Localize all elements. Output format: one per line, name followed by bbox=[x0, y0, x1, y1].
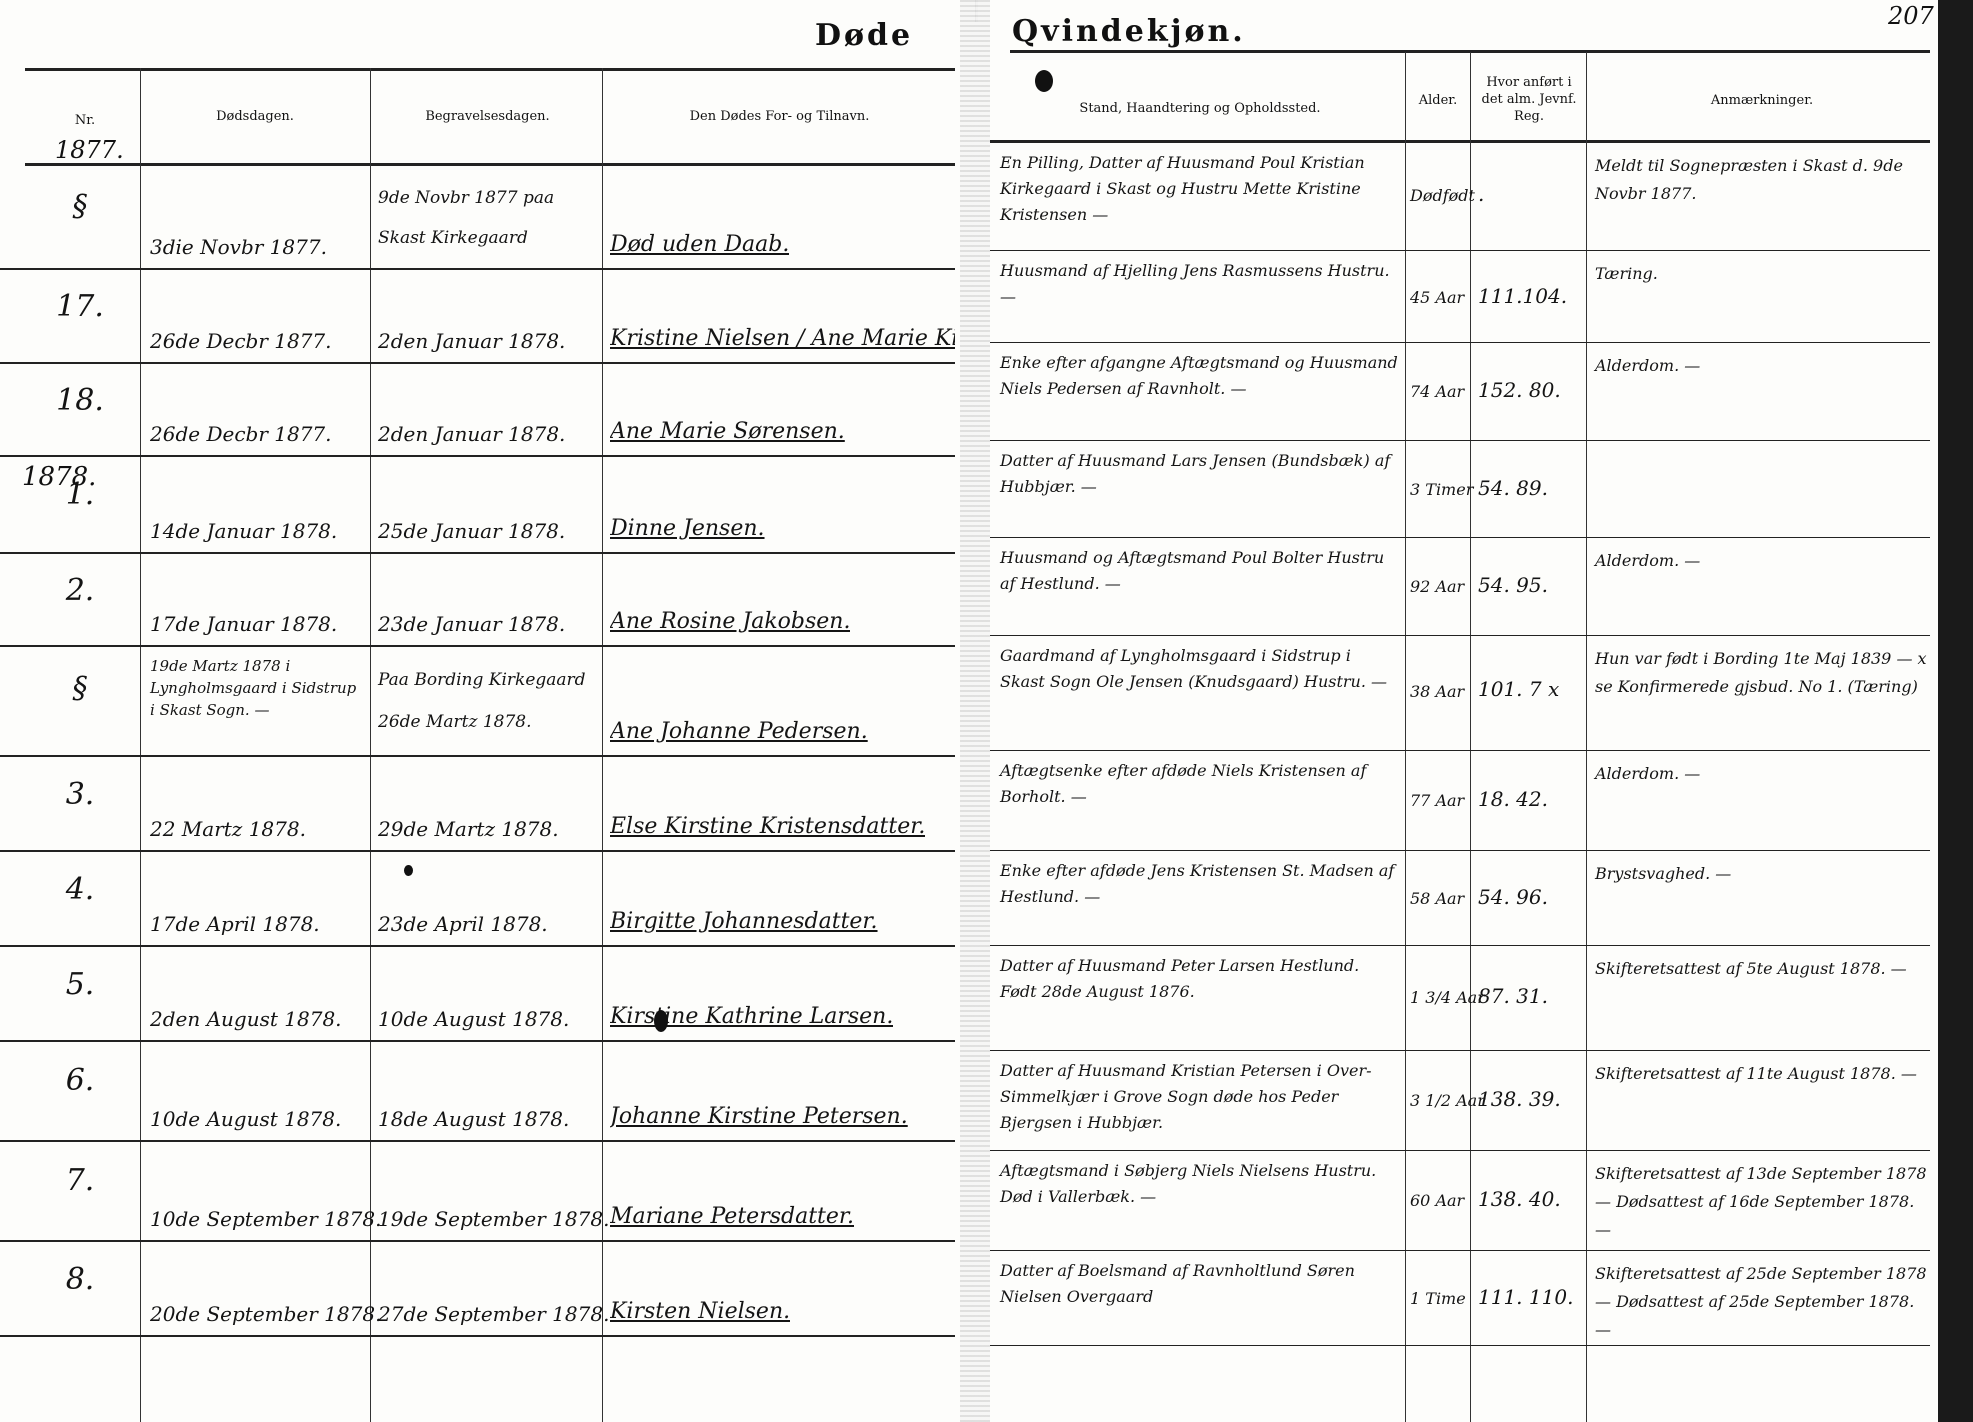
entry-number: 18. bbox=[25, 388, 135, 414]
entry-number: § bbox=[25, 194, 135, 220]
entry-number: 7. bbox=[25, 1168, 135, 1194]
burial-date: 2den Januar 1878. bbox=[378, 328, 565, 354]
burial-date: 10de August 1878. bbox=[378, 1006, 569, 1032]
age: 1 Time bbox=[1410, 1286, 1466, 1312]
row-rule-left bbox=[0, 1040, 955, 1042]
page-title-left: Døde bbox=[815, 18, 913, 53]
deceased-name: Kirsten Nielsen. bbox=[610, 1299, 790, 1325]
register-reference: 111.104. bbox=[1478, 283, 1567, 309]
row-rule-left bbox=[0, 1335, 955, 1337]
row-rule-left bbox=[0, 945, 955, 947]
book-gutter bbox=[960, 0, 990, 1422]
death-date: 10de August 1878. bbox=[150, 1106, 341, 1132]
status-occupation-residence: Datter af Huusmand Lars Jensen (Bundsbæk… bbox=[1000, 448, 1398, 500]
death-date: 17de Januar 1878. bbox=[150, 611, 337, 637]
row-rule-left bbox=[0, 850, 955, 852]
page-title-right: Qvindekjøn. bbox=[1012, 14, 1246, 49]
row-rule-left bbox=[0, 1140, 955, 1142]
row-rule-right bbox=[990, 250, 1930, 251]
death-date: 2den August 1878. bbox=[150, 1006, 342, 1032]
col-divider bbox=[1405, 52, 1406, 1422]
ink-blot bbox=[1035, 70, 1053, 92]
register-reference: 138. 40. bbox=[1478, 1186, 1561, 1212]
remarks: Alderdom. — bbox=[1595, 547, 1930, 575]
remarks: Skifteretsattest af 11te August 1878. — bbox=[1595, 1060, 1930, 1088]
col-divider bbox=[1586, 52, 1587, 1422]
row-rule-right bbox=[990, 537, 1930, 538]
row-rule-left bbox=[0, 552, 955, 554]
entry-number: 3. bbox=[25, 782, 135, 808]
col-header-status: Stand, Haandtering og Opholdssted. bbox=[1000, 100, 1400, 117]
status-occupation-residence: Aftægtsmand i Søbjerg Niels Nielsens Hus… bbox=[1000, 1158, 1398, 1210]
register-reference: 18. 42. bbox=[1478, 786, 1548, 812]
row-rule-right bbox=[990, 1250, 1930, 1251]
header-bottom-rule-right bbox=[990, 140, 1930, 143]
burial-date: 19de September 1878. bbox=[378, 1206, 609, 1232]
row-rule-right bbox=[990, 635, 1930, 636]
row-rule-left bbox=[0, 645, 955, 647]
status-occupation-residence: Enke efter afgangne Aftægtsmand og Huusm… bbox=[1000, 350, 1398, 402]
deceased-name: Dinne Jensen. bbox=[610, 516, 765, 542]
age: Dødfødt bbox=[1410, 183, 1475, 209]
deceased-name: Johanne Kirstine Petersen. bbox=[610, 1104, 908, 1130]
age: 58 Aar bbox=[1410, 886, 1464, 912]
row-rule-right bbox=[990, 850, 1930, 851]
row-rule-right bbox=[990, 1345, 1930, 1346]
entry-number: 5. bbox=[25, 972, 135, 998]
register-reference: 111. 110. bbox=[1478, 1284, 1573, 1310]
register-reference: 54. 95. bbox=[1478, 572, 1548, 598]
deceased-name: Ane Johanne Pedersen. bbox=[610, 719, 868, 745]
burial-date: 27de September 1878. bbox=[378, 1301, 609, 1327]
burial-date: 25de Januar 1878. bbox=[378, 518, 565, 544]
row-rule-left bbox=[0, 755, 955, 757]
death-date: 3die Novbr 1877. bbox=[150, 234, 327, 260]
entry-number: 2. bbox=[25, 578, 135, 604]
entry-number: 1. bbox=[25, 482, 135, 508]
remarks: Alderdom. — bbox=[1595, 760, 1930, 788]
register-reference: 152. 80. bbox=[1478, 377, 1561, 403]
row-rule-left bbox=[0, 268, 955, 270]
age: 74 Aar bbox=[1410, 379, 1464, 405]
row-rule-right bbox=[990, 440, 1930, 441]
entry-number: 4. bbox=[25, 877, 135, 903]
col-header-register: Hvor anført i det alm. Jevnf. Reg. bbox=[1475, 74, 1583, 125]
register-reference: 101. 7 x bbox=[1478, 676, 1559, 702]
status-occupation-residence: Datter af Huusmand Peter Larsen Hestlund… bbox=[1000, 953, 1398, 1005]
col-divider bbox=[1470, 52, 1471, 1422]
row-rule-right bbox=[990, 945, 1930, 946]
death-date: 17de April 1878. bbox=[150, 911, 320, 937]
age: 77 Aar bbox=[1410, 788, 1464, 814]
col-divider bbox=[140, 68, 141, 1422]
burial-date: 18de August 1878. bbox=[378, 1106, 569, 1132]
entry-number: 8. bbox=[25, 1267, 135, 1293]
age: 3 Timer bbox=[1410, 477, 1473, 503]
row-rule-right bbox=[990, 1150, 1930, 1151]
page-edge-shadow bbox=[1938, 0, 1973, 1422]
deceased-name: Else Kirstine Kristensdatter. bbox=[610, 814, 925, 840]
deceased-name: Ane Marie Sørensen. bbox=[610, 419, 845, 445]
age: 38 Aar bbox=[1410, 679, 1464, 705]
row-rule-right bbox=[990, 342, 1930, 343]
remarks: Tæring. bbox=[1595, 260, 1930, 288]
death-date: 26de Decbr 1877. bbox=[150, 421, 332, 447]
remarks: Hun var født i Bording 1te Maj 1839 — x … bbox=[1595, 645, 1930, 701]
burial-date: 9de Novbr 1877 paa Skast Kirkegaard bbox=[378, 179, 598, 258]
header-top-rule-left bbox=[25, 68, 955, 71]
register-reference: . bbox=[1478, 181, 1484, 207]
remarks: Brystsvaghed. — bbox=[1595, 860, 1930, 888]
status-occupation-residence: Datter af Boelsmand af Ravnholtlund Søre… bbox=[1000, 1258, 1398, 1310]
age: 60 Aar bbox=[1410, 1188, 1464, 1214]
remarks: Skifteretsattest af 5te August 1878. — bbox=[1595, 955, 1930, 983]
row-rule-left bbox=[0, 455, 955, 457]
status-occupation-residence: Huusmand og Aftægtsmand Poul Bolter Hust… bbox=[1000, 545, 1398, 597]
remarks: Alderdom. — bbox=[1595, 352, 1930, 380]
burial-date: 23de Januar 1878. bbox=[378, 611, 565, 637]
header-bottom-rule-left bbox=[25, 163, 955, 166]
register-reference: 54. 96. bbox=[1478, 884, 1548, 910]
death-date: 20de September 1878. bbox=[150, 1301, 381, 1327]
deceased-name: Mariane Petersdatter. bbox=[610, 1204, 854, 1230]
row-rule-left bbox=[0, 1240, 955, 1242]
status-occupation-residence: Enke efter afdøde Jens Kristensen St. Ma… bbox=[1000, 858, 1398, 910]
age: 1 3/4 Aar bbox=[1410, 985, 1485, 1011]
burial-date: 2den Januar 1878. bbox=[378, 421, 565, 447]
age: 45 Aar bbox=[1410, 285, 1464, 311]
deceased-name: Ane Rosine Jakobsen. bbox=[610, 609, 850, 635]
row-rule-right bbox=[990, 1050, 1930, 1051]
death-date: 22 Martz 1878. bbox=[150, 816, 306, 842]
deceased-name: Kirstine Kathrine Larsen. bbox=[610, 1004, 893, 1030]
death-date: 19de Martz 1878 i Lyngholmsgaard i Sidst… bbox=[150, 655, 365, 721]
deceased-name: Død uden Daab. bbox=[610, 232, 789, 258]
col-header-nr: Nr. bbox=[50, 112, 120, 129]
deceased-name: Birgitte Johannesdatter. bbox=[610, 909, 878, 935]
deceased-name: Kristine Nielsen / Ane Marie Kirsten bbox=[610, 326, 955, 352]
burial-date: 23de April 1878. bbox=[378, 911, 548, 937]
row-rule-right bbox=[990, 750, 1930, 751]
remarks: Skifteretsattest af 25de September 1878 … bbox=[1595, 1260, 1930, 1344]
age: 3 1/2 Aar bbox=[1410, 1088, 1485, 1114]
remarks: Meldt til Sognepræsten i Skast d. 9de No… bbox=[1595, 152, 1930, 208]
status-occupation-residence: Datter af Huusmand Kristian Petersen i O… bbox=[1000, 1058, 1398, 1136]
entry-number: § bbox=[25, 676, 135, 702]
status-occupation-residence: Gaardmand af Lyngholmsgaard i Sidstrup i… bbox=[1000, 643, 1398, 695]
entry-number: 17. bbox=[25, 294, 135, 320]
burial-date: 29de Martz 1878. bbox=[378, 816, 559, 842]
folio-number: 207 bbox=[1888, 2, 1934, 30]
status-occupation-residence: Huusmand af Hjelling Jens Rasmussens Hus… bbox=[1000, 258, 1398, 310]
register-reference: 87. 31. bbox=[1478, 983, 1548, 1009]
status-occupation-residence: Aftægtsenke efter afdøde Niels Kristense… bbox=[1000, 758, 1398, 810]
ink-blot bbox=[654, 1010, 668, 1032]
ink-blot bbox=[404, 865, 413, 876]
col-header-death-date: Dødsdagen. bbox=[145, 108, 365, 125]
col-header-age: Alder. bbox=[1408, 92, 1468, 109]
death-date: 26de Decbr 1877. bbox=[150, 328, 332, 354]
status-occupation-residence: En Pilling, Datter af Huusmand Poul Kris… bbox=[1000, 150, 1398, 228]
remarks: Skifteretsattest af 13de September 1878 … bbox=[1595, 1160, 1930, 1244]
col-header-name: Den Dødes For- og Tilnavn. bbox=[607, 108, 952, 125]
register-reference: 138. 39. bbox=[1478, 1086, 1561, 1112]
year-marker-1877: 1877. bbox=[55, 136, 124, 164]
age: 92 Aar bbox=[1410, 574, 1464, 600]
col-header-burial-date: Begravelsesdagen. bbox=[375, 108, 600, 125]
death-date: 14de Januar 1878. bbox=[150, 518, 337, 544]
entry-number: 6. bbox=[25, 1068, 135, 1094]
burial-date: Paa Bording Kirkegaard 26de Martz 1878. bbox=[378, 659, 598, 744]
row-rule-left bbox=[0, 362, 955, 364]
death-date: 10de September 1878. bbox=[150, 1206, 381, 1232]
register-reference: 54. 89. bbox=[1478, 475, 1548, 501]
col-header-remarks: Anmærkninger. bbox=[1592, 92, 1932, 109]
